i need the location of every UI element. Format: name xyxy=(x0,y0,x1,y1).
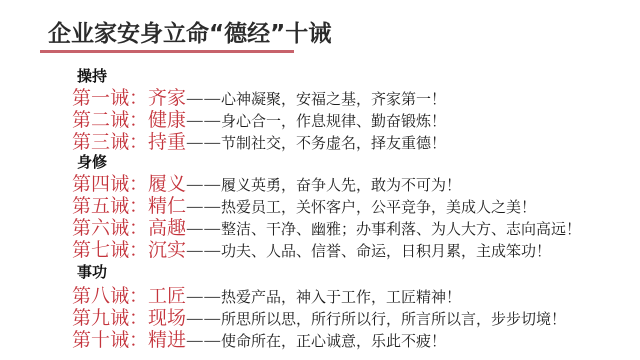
commandment-6: 第六诫：高趣——整洁、干净、幽雅；办事利落、为人大方、志向高远！ xyxy=(72,217,581,239)
commandment-1: 第一诫：齐家——心神凝聚，安福之基，齐家第一！ xyxy=(72,87,446,109)
dash-separator: —— xyxy=(186,331,221,351)
commandment-title: 第三诫：持重 xyxy=(72,131,186,153)
section-header-shenxiu: 身修 xyxy=(77,153,107,171)
commandment-text: 节制社交，不务虚名，择友重德！ xyxy=(221,134,446,152)
section-header-shigong: 事功 xyxy=(77,263,107,281)
commandment-text: 整洁、干净、幽雅；办事利落、为人大方、志向高远！ xyxy=(221,220,581,238)
commandment-text: 热爱产品，神入于工作，工匠精神！ xyxy=(221,288,461,306)
dash-separator: —— xyxy=(186,111,221,131)
title-underline-divider xyxy=(40,50,294,53)
commandment-9: 第九诫：现场——所思所以思，所行所以行，所言所以言，步步切境！ xyxy=(72,307,566,329)
dash-separator: —— xyxy=(186,89,221,109)
commandment-title: 第一诫：齐家 xyxy=(72,87,186,109)
commandment-title: 第十诫：精进 xyxy=(72,329,186,351)
dash-separator: —— xyxy=(186,175,221,195)
commandment-4: 第四诫：履义——履义英勇，奋争人先，敢为不可为！ xyxy=(72,173,461,195)
dash-separator: —— xyxy=(186,133,221,153)
commandment-title: 第二诫：健康 xyxy=(72,109,186,131)
commandment-text: 热爱员工，关怀客户，公平竞争，美成人之美！ xyxy=(221,198,536,216)
commandment-8: 第八诫：工匠——热爱产品，神入于工作，工匠精神！ xyxy=(72,285,461,307)
dash-separator: —— xyxy=(186,287,221,307)
commandment-5: 第五诫：精仁——热爱员工，关怀客户，公平竞争，美成人之美！ xyxy=(72,195,536,217)
commandment-text: 使命所在，正心诚意，乐此不疲！ xyxy=(221,332,446,350)
dash-separator: —— xyxy=(186,309,221,329)
commandment-title: 第六诫：高趣 xyxy=(72,217,186,239)
commandment-text: 所思所以思，所行所以行，所言所以言，步步切境！ xyxy=(221,310,566,328)
page-title: 企业家安身立命“德经”十诫 xyxy=(48,19,331,49)
commandment-title: 第八诫：工匠 xyxy=(72,285,186,307)
dash-separator: —— xyxy=(186,241,221,261)
commandment-text: 履义英勇，奋争人先，敢为不可为！ xyxy=(221,176,461,194)
commandment-7: 第七诫：沉实——功夫、人品、信誉、命运，日积月累，主成笨功！ xyxy=(72,239,551,261)
commandment-text: 身心合一，作息规律、勤奋锻炼！ xyxy=(221,112,446,130)
commandment-2: 第二诫：健康——身心合一，作息规律、勤奋锻炼！ xyxy=(72,109,446,131)
commandment-title: 第九诫：现场 xyxy=(72,307,186,329)
section-header-caochi: 操持 xyxy=(77,67,107,85)
commandment-title: 第五诫：精仁 xyxy=(72,195,186,217)
commandment-text: 心神凝聚，安福之基，齐家第一！ xyxy=(221,90,446,108)
commandment-text: 功夫、人品、信誉、命运，日积月累，主成笨功！ xyxy=(221,242,551,260)
commandment-title: 第四诫：履义 xyxy=(72,173,186,195)
commandment-3: 第三诫：持重——节制社交，不务虚名，择友重德！ xyxy=(72,131,446,153)
commandment-title: 第七诫：沉实 xyxy=(72,239,186,261)
commandment-10: 第十诫：精进——使命所在，正心诚意，乐此不疲！ xyxy=(72,329,446,351)
dash-separator: —— xyxy=(186,197,221,217)
dash-separator: —— xyxy=(186,219,221,239)
